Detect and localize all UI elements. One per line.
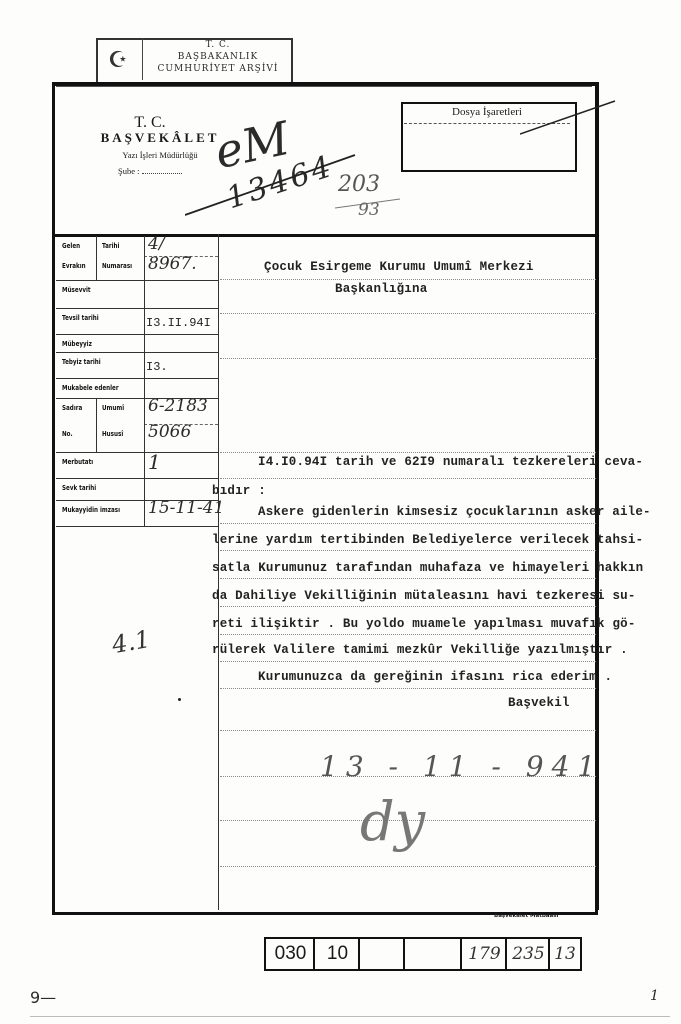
header-rule: [52, 234, 598, 237]
dotted-rule: [220, 730, 596, 731]
right-margin-rule: [596, 82, 599, 910]
table-value: I3.II.94I: [146, 316, 211, 330]
signature-title: Başvekil: [508, 696, 570, 710]
table-label: Hususî: [102, 430, 123, 438]
dotted-rule: [220, 452, 596, 453]
right-page-mark: 1: [650, 988, 659, 1004]
table-vline: [96, 398, 97, 452]
letter-body-line: Kurumunuzca da gereğinin ifasını rica ed…: [258, 670, 612, 684]
reference-box: [358, 937, 405, 971]
stamp-line-1: T. C.: [148, 40, 288, 50]
reference-box: 10: [313, 937, 360, 971]
dotted-rule: [220, 279, 596, 280]
letter-body-line: da Dahiliye Vekilliğinin mütaleasını hav…: [212, 589, 636, 603]
letter-body-line: rülerek Valilere tamimi mezkûr Vekilliğe…: [212, 643, 628, 657]
dotted-rule: [220, 688, 596, 689]
letter-body-line: satla Kurumunuz tarafından muhafaza ve h…: [212, 561, 643, 575]
table-rule: [56, 526, 218, 527]
dotted-rule: [220, 634, 596, 635]
table-label: Numarası: [102, 262, 132, 270]
stamp-divider: [142, 38, 143, 80]
table-vline: [96, 236, 97, 280]
table-label: Mukayyidin imzası: [62, 506, 120, 514]
table-value-handwritten: 1: [148, 450, 161, 474]
table-label: Evrakın: [62, 262, 86, 270]
table-label: Müsevvit: [62, 286, 91, 294]
handwritten-initials: dy: [360, 790, 425, 853]
dotted-rule: [220, 606, 596, 607]
printer-mark: Başvekâlet Matbaası: [494, 913, 558, 919]
table-label: Umumî: [102, 404, 124, 412]
table-label: Gelen: [62, 242, 80, 250]
dotted-rule: [220, 578, 596, 579]
folio-number-bottom: 93: [358, 200, 380, 220]
stamp-line-3: CUMHURİYET ARŞİVİ: [148, 64, 288, 74]
table-label: No.: [62, 430, 73, 438]
table-rule: [56, 378, 218, 379]
dotted-rule: [220, 866, 596, 867]
table-label: Tevsil tarihi: [62, 314, 99, 322]
table-rule: [56, 452, 218, 453]
handwritten-date: 13 - 11 - 941: [320, 750, 603, 783]
letter-body-line: Askere gidenlerin kimsesiz çocuklarının …: [258, 505, 651, 519]
folio-number-top: 203: [338, 172, 380, 197]
dotted-rule: [220, 313, 596, 314]
reference-box: 179: [460, 937, 507, 971]
page-bottom-edge: [30, 1016, 670, 1017]
dotted-rule: [220, 550, 596, 551]
table-value-handwritten: 5066: [148, 422, 191, 442]
reference-box: 235: [505, 937, 550, 971]
table-label: Mukabele edenler: [62, 384, 119, 392]
reference-box: [403, 937, 462, 971]
table-label: Tarihi: [102, 242, 119, 250]
table-rule: [56, 280, 218, 281]
letter-body-line: bıdır :: [212, 484, 266, 498]
registry-slash: [185, 150, 360, 220]
dotted-rule: [220, 661, 596, 662]
table-label: Mübeyyiz: [62, 340, 92, 348]
dotted-rule: [220, 523, 596, 524]
ink-dot: [178, 698, 181, 701]
table-rule: [56, 352, 218, 353]
table-rule: [56, 478, 218, 479]
table-label: Sadıra: [62, 404, 82, 412]
recipient-line-2: Başkanlığına: [335, 282, 427, 296]
table-label: Sevk tarihi: [62, 484, 96, 492]
letter-body-line: lerine yardım tertibinden Belediyelerce …: [212, 533, 643, 547]
stamp-line-2: BAŞBAKANLIK: [148, 52, 288, 62]
table-value: I3.: [146, 360, 168, 374]
letterhead-branch: Şube :: [118, 166, 182, 176]
left-page-mark: 9—: [30, 988, 56, 1007]
letter-body-line: reti ilişiktir . Bu yoldo muamele yapılm…: [212, 617, 636, 631]
table-rule: [56, 334, 218, 335]
letter-body-line: I4.I0.94I tarih ve 62I9 numaralı tezkere…: [258, 455, 643, 469]
table-label: Merbutatı: [62, 458, 93, 466]
table-value-handwritten: 4/: [148, 234, 165, 254]
file-marks-slash: [520, 98, 620, 138]
crescent-star-icon: ☪: [108, 48, 128, 73]
table-value-handwritten: 8967.: [148, 254, 197, 274]
table-value-handwritten: 15-11-41: [148, 498, 224, 518]
dotted-rule: [220, 478, 596, 479]
table-vline: [144, 236, 145, 526]
recipient-line-1: Çocuk Esirgeme Kurumu Umumî Merkezi: [264, 260, 534, 274]
table-rule: [56, 308, 218, 309]
reference-box: 13: [548, 937, 582, 971]
dotted-rule: [220, 358, 596, 359]
branch-label: Şube :: [118, 166, 140, 176]
table-value-handwritten: 6-2183: [148, 396, 208, 416]
table-label: Tebyiz tarihi: [62, 358, 101, 366]
reference-box: 030: [264, 937, 315, 971]
